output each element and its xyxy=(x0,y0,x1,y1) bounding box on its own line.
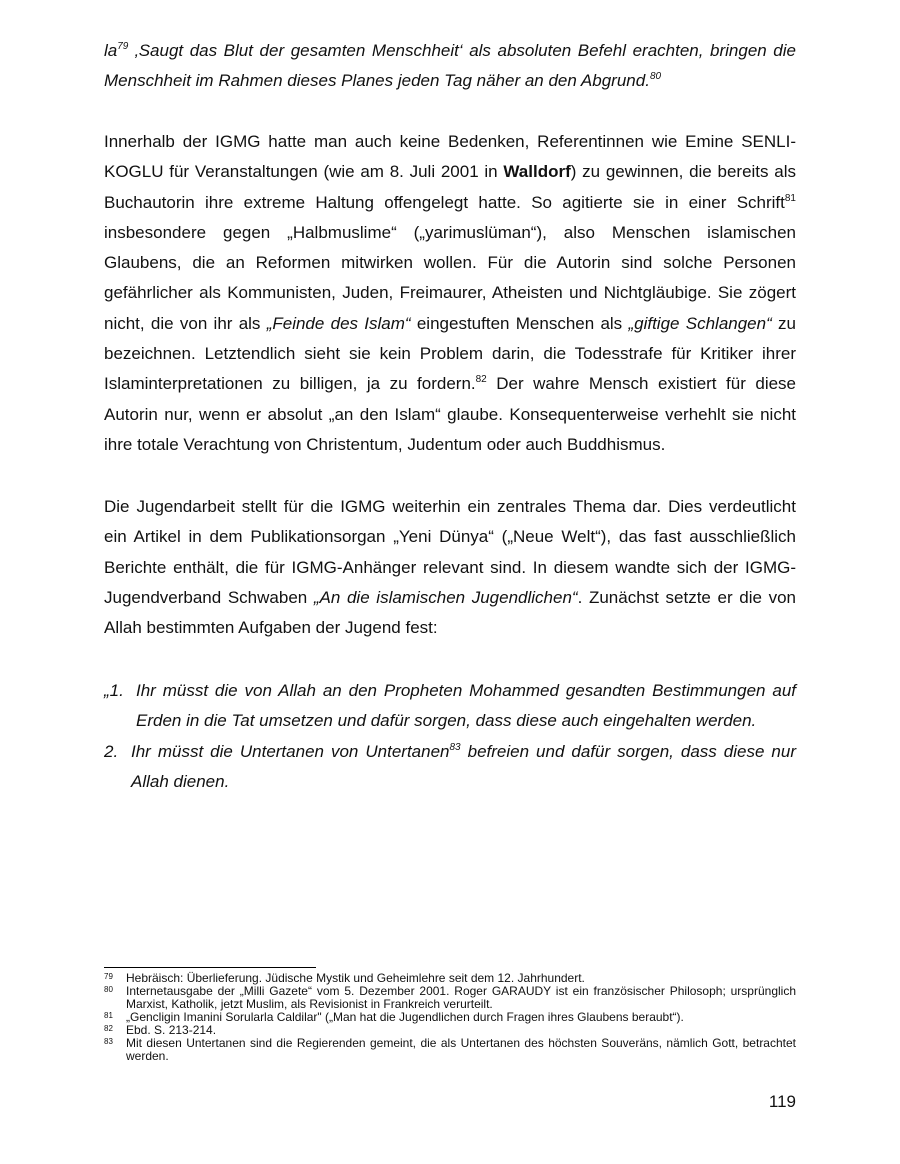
quoted-list: „1. Ihr müsst die von Allah an den Proph… xyxy=(104,676,796,797)
footnote-ref-82[interactable]: 82 xyxy=(476,374,487,385)
footnote-separator xyxy=(104,967,316,968)
footnote-text: Mit diesen Untertanen sind die Regierend… xyxy=(126,1037,796,1063)
footnote-text: Internetausgabe der „Milli Gazete“ vom 5… xyxy=(126,985,796,1011)
footnote-text: „Gencligin Imanini Sorularla Caldilar" (… xyxy=(126,1011,796,1024)
footnote-83: 83Mit diesen Untertanen sind die Regiere… xyxy=(104,1037,796,1063)
italic-quote: „giftige Schlangen“ xyxy=(628,314,771,333)
text-fragment: la xyxy=(104,41,117,60)
list-item: 2. Ihr müsst die Untertanen von Untertan… xyxy=(104,737,796,798)
footnote-number: 79 xyxy=(104,972,126,985)
list-item: „1. Ihr müsst die von Allah an den Proph… xyxy=(104,676,796,737)
footnote-number: 81 xyxy=(104,1011,126,1024)
list-number: „1. xyxy=(104,676,136,737)
footnote-ref-83[interactable]: 83 xyxy=(450,742,461,753)
list-number: 2. xyxy=(104,737,131,798)
footnote-number: 83 xyxy=(104,1037,126,1063)
footnote-ref-79[interactable]: 79 xyxy=(117,41,128,52)
text-fragment: eingestuften Menschen als xyxy=(411,314,629,333)
italic-quote: „An die islamischen Jugendlichen“ xyxy=(314,588,578,607)
list-text: Ihr müsst die von Allah an den Propheten… xyxy=(136,676,796,737)
paragraph-senlikoglu: Innerhalb der IGMG hatte man auch keine … xyxy=(104,127,796,460)
footnote-ref-80[interactable]: 80 xyxy=(650,71,661,82)
footnote-80: 80Internetausgabe der „Milli Gazete“ vom… xyxy=(104,985,796,1011)
page-number: 119 xyxy=(769,1092,796,1112)
footnotes: 79Hebräisch: Überlieferung. Jüdische Mys… xyxy=(104,972,796,1063)
text-fragment: Ihr müsst die Untertanen von Untertanen xyxy=(131,742,450,761)
bold-place-name: Walldorf xyxy=(503,162,570,181)
paragraph-jugendarbeit: Die Jugendarbeit stellt für die IGMG wei… xyxy=(104,492,796,643)
footnote-number: 80 xyxy=(104,985,126,1011)
text-fragment: ‚Saugt das Blut der gesamten Menschheit‘… xyxy=(104,41,796,90)
italic-quote: „Feinde des Islam“ xyxy=(267,314,411,333)
quote-continuation: la79 ‚Saugt das Blut der gesamten Mensch… xyxy=(104,36,796,97)
list-text: Ihr müsst die Untertanen von Untertanen8… xyxy=(131,737,796,798)
footnote-number: 82 xyxy=(104,1024,126,1037)
footnote-ref-81[interactable]: 81 xyxy=(785,193,796,204)
